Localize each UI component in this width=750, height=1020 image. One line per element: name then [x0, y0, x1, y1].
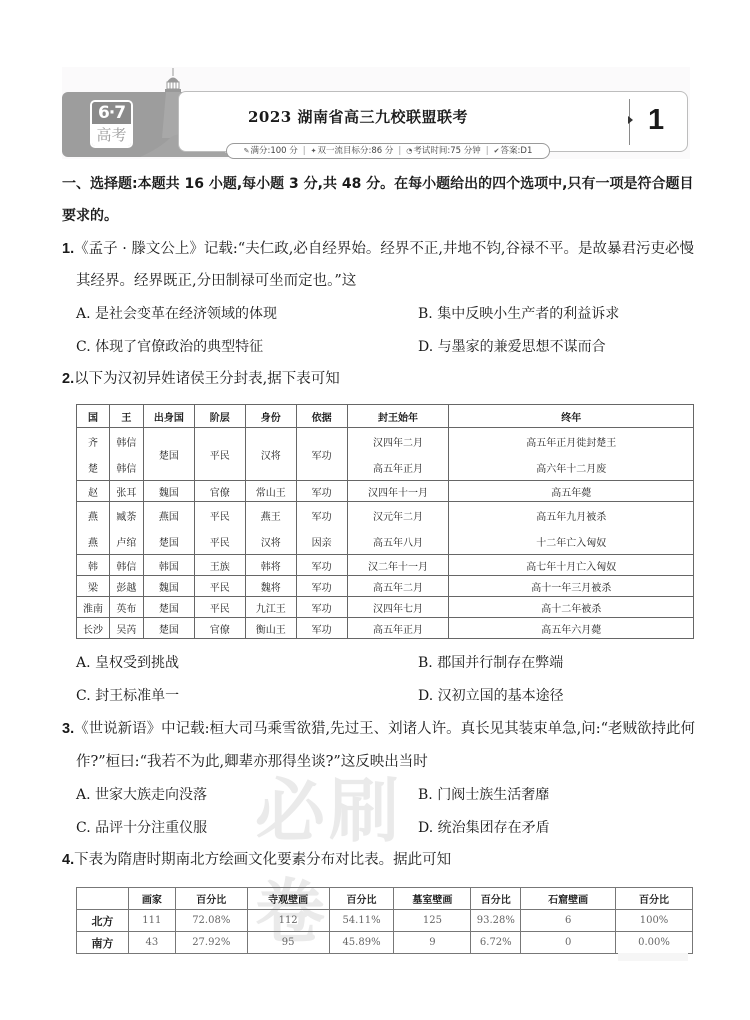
info-exam-time: 考试时间:75 分钟: [413, 144, 480, 158]
info-target-score: 双一流目标分:86 分: [318, 144, 394, 158]
cell-start: 汉四年二月: [347, 428, 449, 455]
table-cell: 111: [128, 910, 175, 932]
cell-end: 十二年亡入匈奴: [449, 528, 694, 555]
cell-wang: 臧荼: [109, 502, 143, 529]
row-header: 北方: [77, 910, 129, 932]
question-number: 4.: [62, 852, 74, 868]
cell-chushen: 楚国: [143, 428, 194, 481]
table-row: 韩 韩信 韩国 王族 韩将 军功 汉二年十一月 高七年十月亡入匈奴: [77, 555, 694, 576]
q3-option-b[interactable]: B. 门阀士族生活奢靡: [418, 785, 549, 805]
col-header: 寺观壁画: [247, 888, 329, 910]
col-header: 身份: [245, 405, 296, 428]
table-cell: 72.08%: [175, 910, 247, 932]
q2-option-c[interactable]: C. 封王标准单一: [76, 686, 179, 706]
cell-jieceng: 平民: [194, 528, 245, 555]
q2-option-b[interactable]: B. 郡国并行制存在弊端: [418, 653, 563, 673]
cell-shenfen: 燕王: [245, 502, 296, 529]
cell-jieceng: 王族: [194, 555, 245, 576]
cell-wang: 韩信: [109, 454, 143, 481]
cell-shenfen: 汉将: [245, 528, 296, 555]
star-icon: ✦: [311, 144, 317, 158]
separator: |: [486, 144, 489, 158]
q1-option-c[interactable]: C. 体现了官僚政治的典型特征: [76, 337, 263, 357]
question-1-stem: 1.《孟子 · 滕文公上》记载:“夫仁政,必自经界始。经界不正,井地不钧,谷禄不…: [62, 239, 694, 259]
cell-start: 高五年八月: [347, 528, 449, 555]
cell-jieceng: 官僚: [194, 481, 245, 502]
cell-end: 高六年十二月废: [449, 454, 694, 481]
cell-start: 汉元年二月: [347, 502, 449, 529]
col-header: 墓室壁画: [394, 888, 471, 910]
cell-yiju: 军功: [296, 555, 347, 576]
cell-wang: 韩信: [109, 428, 143, 455]
col-header: 百分比: [329, 888, 394, 910]
paper-number: 1: [648, 104, 664, 137]
row-header: 南方: [77, 932, 129, 954]
q3-option-a[interactable]: A. 世家大族走向没落: [76, 785, 207, 805]
exam-info-bar: ✎ 满分:100 分 | ✦ 双一流目标分:86 分 | ◔ 考试时间:75 分…: [226, 143, 550, 159]
col-header: 终年: [449, 405, 694, 428]
table-row: 赵 张耳 魏国 官僚 常山王 军功 汉四年十一月 高五年薨: [77, 481, 694, 502]
col-header: 百分比: [471, 888, 521, 910]
cell-chushen: 楚国: [143, 618, 194, 639]
cell-chushen: 魏国: [143, 576, 194, 597]
cell-chushen: 楚国: [143, 528, 194, 555]
q1-option-a[interactable]: A. 是社会变革在经济领域的体现: [76, 304, 277, 324]
question-text: 下表为隋唐时期南北方绘画文化要素分布对比表。据此可知: [74, 852, 451, 868]
logo-number: 6·7: [92, 102, 131, 124]
cell-end: 高五年九月被杀: [449, 502, 694, 529]
info-full-score: 满分:100 分: [250, 144, 297, 158]
col-header: 画家: [128, 888, 175, 910]
table-cell: 100%: [616, 910, 693, 932]
cell-shenfen: 九江王: [245, 597, 296, 618]
table-row: 燕 卢绾 楚国 平民 汉将 因亲 高五年八月 十二年亡入匈奴: [77, 528, 694, 555]
table-cell: 0.00%: [616, 932, 693, 954]
cell-jieceng: 平民: [194, 502, 245, 529]
question-text: 《孟子 · 滕文公上》记载:“夫仁政,必自经界始。经界不正,井地不钧,谷禄不平。…: [74, 241, 694, 257]
col-header: 出身国: [143, 405, 194, 428]
question-3-stem-line2: 作?”桓曰:“我若不为此,卿辈亦那得坐谈?”这反映出当时: [76, 752, 428, 772]
table-cell: 6.72%: [471, 932, 521, 954]
table-row: 梁 彭越 魏国 平民 魏将 军功 高五年二月 高十一年三月被杀: [77, 576, 694, 597]
question-text: 以下为汉初异姓诸侯王分封表,据下表可知: [74, 371, 340, 387]
cell-jieceng: 平民: [194, 428, 245, 481]
cell-yiju: 军功: [296, 428, 347, 481]
cell-start: 汉四年十一月: [347, 481, 449, 502]
cell-end: 高五年六月薨: [449, 618, 694, 639]
question-number: 3.: [62, 721, 74, 737]
cell-chushen: 韩国: [143, 555, 194, 576]
table-cell: 95: [247, 932, 329, 954]
col-header: 依据: [296, 405, 347, 428]
info-answer: 答案:D1: [501, 144, 533, 158]
cell-guo: 淮南: [77, 597, 110, 618]
cell-jieceng: 平民: [194, 576, 245, 597]
col-header: 阶层: [194, 405, 245, 428]
cell-wang: 张耳: [109, 481, 143, 502]
cell-end: 高五年正月徙封楚王: [449, 428, 694, 455]
cell-wang: 韩信: [109, 555, 143, 576]
table-row: 燕 臧荼 燕国 平民 燕王 军功 汉元年二月 高五年九月被杀: [77, 502, 694, 529]
cell-start: 高五年二月: [347, 576, 449, 597]
cell-yiju: 军功: [296, 618, 347, 639]
cell-shenfen: 汉将: [245, 428, 296, 481]
cell-guo: 韩: [77, 555, 110, 576]
table-cell: 9: [394, 932, 471, 954]
cell-end: 高七年十月亡入匈奴: [449, 555, 694, 576]
table-cell: 45.89%: [329, 932, 394, 954]
question-4-stem: 4.下表为隋唐时期南北方绘画文化要素分布对比表。据此可知: [62, 850, 451, 870]
table-cell: 54.11%: [329, 910, 394, 932]
logo-badge: 6·7 高考: [90, 100, 133, 148]
section-heading-line1: 一、选择题:本题共 16 小题,每小题 3 分,共 48 分。在每小题给出的四个…: [62, 174, 694, 194]
cell-start: 汉二年十一月: [347, 555, 449, 576]
col-header: 王: [109, 405, 143, 428]
logo-text: 高考: [92, 124, 131, 146]
cell-yiju: 军功: [296, 502, 347, 529]
question-1-stem-line2: 其经界。经界既正,分田制禄可坐而定也。”这: [76, 271, 356, 291]
arrow-right-icon: [628, 116, 633, 124]
cell-wang: 英布: [109, 597, 143, 618]
cell-guo: 齐: [77, 428, 110, 455]
q2-option-d[interactable]: D. 汉初立国的基本途径: [418, 686, 564, 706]
table-row: 北方 111 72.08% 112 54.11% 125 93.28% 6 10…: [77, 910, 693, 932]
cell-chushen: 楚国: [143, 597, 194, 618]
cell-yiju: 军功: [296, 481, 347, 502]
cell-guo: 梁: [77, 576, 110, 597]
cell-shenfen: 韩将: [245, 555, 296, 576]
table-cell: 6: [521, 910, 616, 932]
painting-distribution-table: 画家 百分比 寺观壁画 百分比 墓室壁画 百分比 石窟壁画 百分比 北方 111…: [76, 887, 693, 954]
question-2-stem: 2.以下为汉初异姓诸侯王分封表,据下表可知: [62, 369, 340, 389]
cell-start: 高五年正月: [347, 454, 449, 481]
cell-wang: 卢绾: [109, 528, 143, 555]
cell-wang: 彭越: [109, 576, 143, 597]
table-row: 南方 43 27.92% 95 45.89% 9 6.72% 0 0.00%: [77, 932, 693, 954]
section-heading-line2: 要求的。: [62, 206, 118, 226]
table-row: 长沙 吴芮 楚国 官僚 衡山王 军功 高五年正月 高五年六月薨: [77, 618, 694, 639]
cell-shenfen: 魏将: [245, 576, 296, 597]
separator: |: [303, 144, 306, 158]
col-header: 百分比: [616, 888, 693, 910]
q3-option-c[interactable]: C. 品评十分注重仪服: [76, 818, 207, 838]
exam-title: 2023 湖南省高三九校联盟联考: [198, 106, 518, 127]
cell-yiju: 军功: [296, 597, 347, 618]
table-cell: 112: [247, 910, 329, 932]
question-number: 1.: [62, 241, 74, 257]
table-cell: 27.92%: [175, 932, 247, 954]
cell-guo: 赵: [77, 481, 110, 502]
table-cell: 43: [128, 932, 175, 954]
q1-option-b[interactable]: B. 集中反映小生产者的利益诉求: [418, 304, 619, 324]
pen-icon: ✎: [244, 144, 250, 158]
q1-option-d[interactable]: D. 与墨家的兼爱思想不谋而合: [418, 337, 606, 357]
cell-guo: 燕: [77, 502, 110, 529]
cell-guo: 燕: [77, 528, 110, 555]
question-3-stem: 3.《世说新语》中记载:桓大司马乘雪欲猎,先过王、刘诸人许。真长见其装束单急,问…: [62, 719, 695, 739]
cell-guo: 楚: [77, 454, 110, 481]
col-header: [77, 888, 129, 910]
cell-jieceng: 平民: [194, 597, 245, 618]
cell-jieceng: 官僚: [194, 618, 245, 639]
col-header: 百分比: [175, 888, 247, 910]
cell-start: 高五年正月: [347, 618, 449, 639]
table-row: 淮南 英布 楚国 平民 九江王 军功 汉四年七月 高十二年被杀: [77, 597, 694, 618]
separator: |: [398, 144, 401, 158]
page-corner-mark: [618, 953, 688, 961]
cell-wang: 吴芮: [109, 618, 143, 639]
cell-start: 汉四年七月: [347, 597, 449, 618]
clock-icon: ◔: [406, 144, 412, 158]
col-header: 国: [77, 405, 110, 428]
table-cell: 125: [394, 910, 471, 932]
q3-option-d[interactable]: D. 统治集团存在矛盾: [418, 818, 550, 838]
table-header-row: 国 王 出身国 阶层 身份 依据 封王始年 终年: [77, 405, 694, 428]
col-header: 石窟壁画: [521, 888, 616, 910]
q2-option-a[interactable]: A. 皇权受到挑战: [76, 653, 179, 673]
cell-chushen: 魏国: [143, 481, 194, 502]
cell-end: 高五年薨: [449, 481, 694, 502]
vassal-kings-table: 国 王 出身国 阶层 身份 依据 封王始年 终年 齐 韩信 楚国 平民 汉将 军…: [76, 404, 694, 639]
cell-guo: 长沙: [77, 618, 110, 639]
check-icon: ✔: [494, 144, 500, 158]
cell-shenfen: 衡山王: [245, 618, 296, 639]
table-cell: 93.28%: [471, 910, 521, 932]
question-text: 《世说新语》中记载:桓大司马乘雪欲猎,先过王、刘诸人许。真长见其装束单急,问:“…: [74, 721, 695, 737]
table-row: 齐 韩信 楚国 平民 汉将 军功 汉四年二月 高五年正月徙封楚王: [77, 428, 694, 455]
cell-shenfen: 常山王: [245, 481, 296, 502]
cell-yiju: 因亲: [296, 528, 347, 555]
col-header: 封王始年: [347, 405, 449, 428]
cell-yiju: 军功: [296, 576, 347, 597]
table-header-row: 画家 百分比 寺观壁画 百分比 墓室壁画 百分比 石窟壁画 百分比: [77, 888, 693, 910]
cell-end: 高十二年被杀: [449, 597, 694, 618]
question-number: 2.: [62, 371, 74, 387]
table-cell: 0: [521, 932, 616, 954]
cell-chushen: 燕国: [143, 502, 194, 529]
cell-end: 高十一年三月被杀: [449, 576, 694, 597]
